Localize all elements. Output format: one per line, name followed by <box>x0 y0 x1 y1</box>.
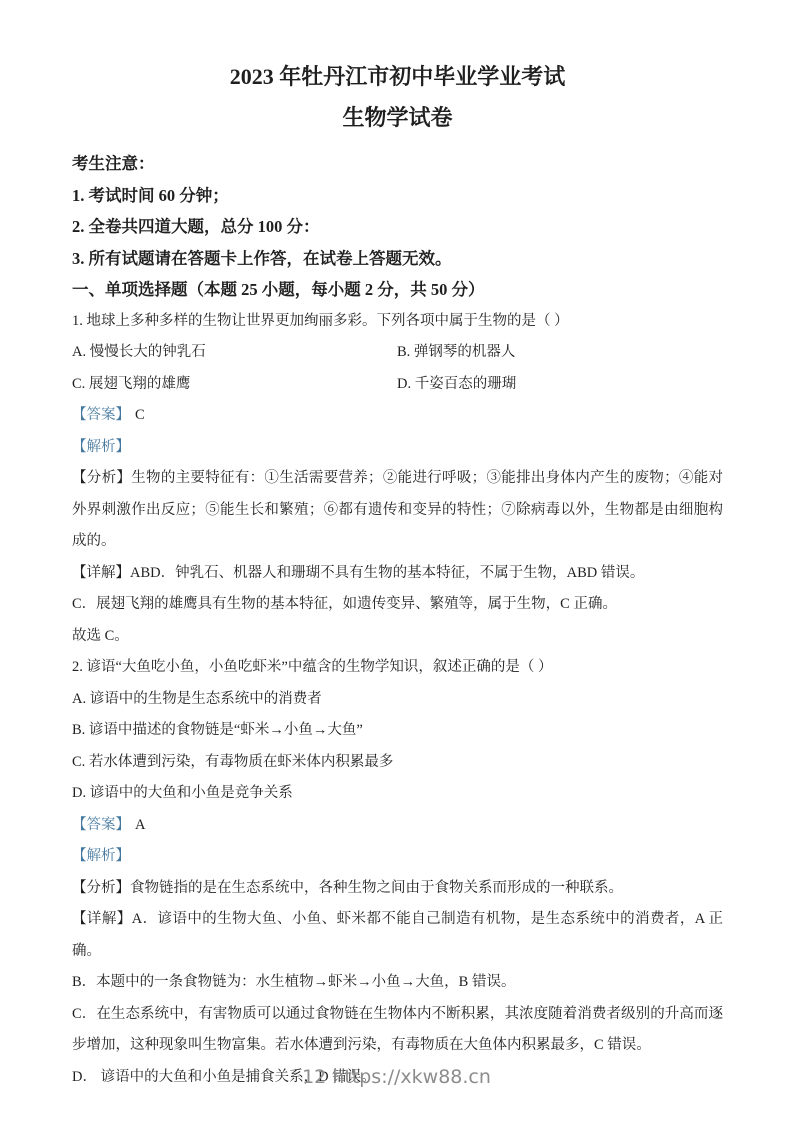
question-1-options: A. 慢慢长大的钟乳石 B. 弹钢琴的机器人 C. 展翅飞翔的雄鹰 D. 千姿百… <box>72 337 723 400</box>
question-2-explanation-3: B．本题中的一条食物链为：水生植物→虾米→小鱼→大鱼，B 错误。 <box>72 967 723 999</box>
question-1-explanation-1: 【分析】生物的主要特征有：①生活需要营养；②能进行呼吸；③能排出身体内产生的废物… <box>72 463 723 558</box>
question-1-explanation-2: 【详解】ABD．钟乳石、机器人和珊瑚不具有生物的基本特征，不属于生物，ABD 错… <box>72 558 723 590</box>
exam-title-line2: 生物学试卷 <box>72 103 723 133</box>
notice-item-2: 2. 全卷共四道大题，总分 100 分： <box>72 211 723 243</box>
notice-item-1: 1. 考试时间 60 分钟； <box>72 180 723 212</box>
answer-label: 【答案】 <box>72 407 130 423</box>
notice-heading: 考生注意： <box>72 148 723 180</box>
question-1-option-b: B. 弹钢琴的机器人 <box>397 337 723 369</box>
question-2-answer-value: A <box>135 817 145 833</box>
question-1-option-c: C. 展翅飞翔的雄鹰 <box>72 369 397 401</box>
page-footer-watermark: 12 https://xkw88.cn <box>0 1066 793 1088</box>
question-1-analysis-line: 【解析】 <box>72 432 723 464</box>
page-content: 2023 年牡丹江市初中毕业学业考试 生物学试卷 考生注意： 1. 考试时间 6… <box>0 0 793 1093</box>
question-2-option-a: A. 谚语中的生物是生态系统中的消费者 <box>72 684 723 716</box>
analysis-label: 【解析】 <box>72 439 130 455</box>
question-1-option-a: A. 慢慢长大的钟乳石 <box>72 337 397 369</box>
analysis-label: 【解析】 <box>72 848 130 864</box>
answer-label: 【答案】 <box>72 817 130 833</box>
question-2-explanation-1: 【分析】食物链指的是在生态系统中，各种生物之间由于食物关系而形成的一种联系。 <box>72 873 723 905</box>
exam-paper-page: 2023 年牡丹江市初中毕业学业考试 生物学试卷 考生注意： 1. 考试时间 6… <box>0 0 793 1122</box>
question-1-option-d: D. 千姿百态的珊瑚 <box>397 369 723 401</box>
question-1-answer-line: 【答案】C <box>72 400 723 432</box>
exam-title-line1: 2023 年牡丹江市初中毕业学业考试 <box>72 62 723 92</box>
question-2-answer-line: 【答案】A <box>72 810 723 842</box>
question-1-explanation-3: C．展翅飞翔的雄鹰具有生物的基本特征，如遗传变异、繁殖等，属于生物，C 正确。 <box>72 589 723 621</box>
question-2-stem: 2. 谚语“大鱼吃小鱼，小鱼吃虾米”中蕴含的生物学知识，叙述正确的是（ ） <box>72 652 723 684</box>
notice-item-3: 3. 所有试题请在答题卡上作答，在试卷上答题无效。 <box>72 243 723 275</box>
exam-body: 考生注意： 1. 考试时间 60 分钟； 2. 全卷共四道大题，总分 100 分… <box>72 148 723 1093</box>
question-1-stem: 1. 地球上多种多样的生物让世界更加绚丽多彩。下列各项中属于生物的是（ ） <box>72 306 723 338</box>
question-2-option-b: B. 谚语中描述的食物链是“虾米→小鱼→大鱼” <box>72 715 723 747</box>
section-heading: 一、单项选择题（本题 25 小题，每小题 2 分，共 50 分） <box>72 274 723 306</box>
question-1-answer-value: C <box>135 407 145 423</box>
question-2-option-d: D. 谚语中的大鱼和小鱼是竞争关系 <box>72 778 723 810</box>
question-2-option-c: C. 若水体遭到污染，有毒物质在虾米体内积累最多 <box>72 747 723 779</box>
question-2-analysis-line: 【解析】 <box>72 841 723 873</box>
question-2-explanation-4: C．在生态系统中，有害物质可以通过食物链在生物体内不断积累，其浓度随着消费者级别… <box>72 999 723 1062</box>
question-2-explanation-2: 【详解】A．谚语中的生物大鱼、小鱼、虾米都不能自己制造有机物，是生态系统中的消费… <box>72 904 723 967</box>
question-1-explanation-4: 故选 C。 <box>72 621 723 653</box>
